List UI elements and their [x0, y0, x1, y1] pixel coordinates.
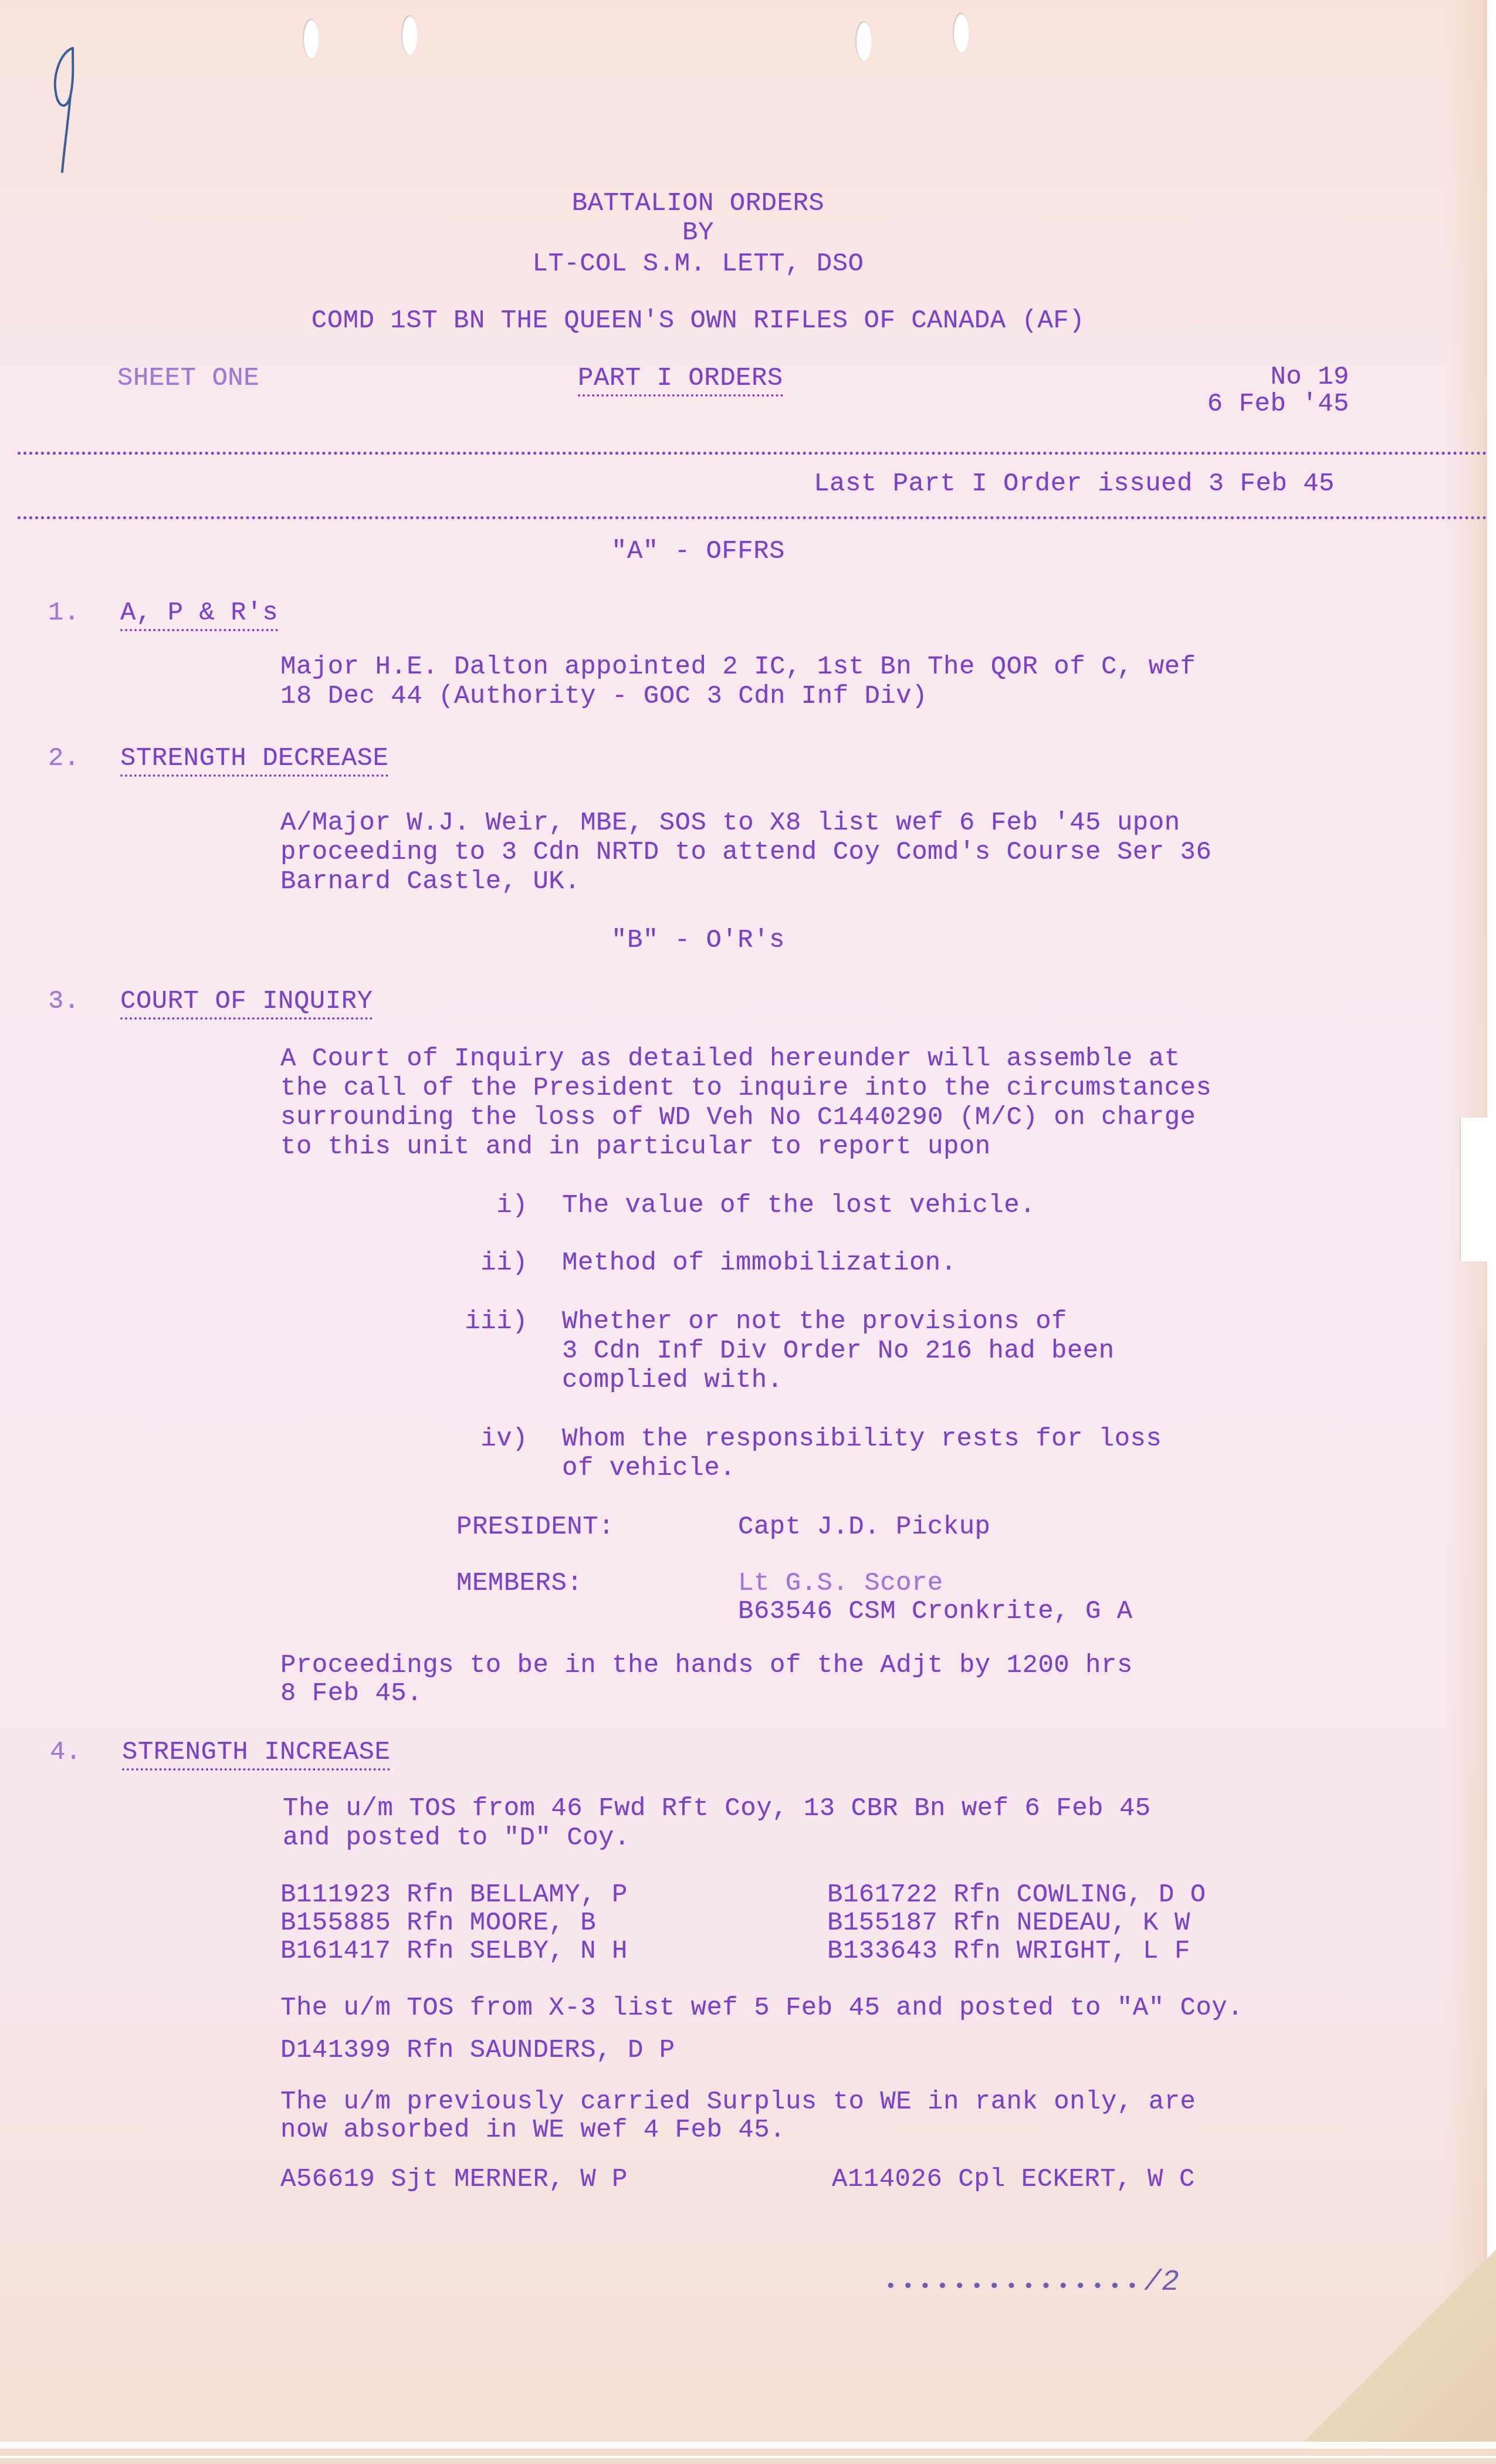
unit-line: COMD 1ST BN THE QUEEN'S OWN RIFLES OF CA… — [0, 306, 1396, 336]
item-heading: STRENGTH INCREASE — [122, 1738, 390, 1767]
item-body-line: The u/m TOS from 46 Fwd Rft Coy, 13 CBR … — [283, 1794, 1151, 1823]
item-heading-text: STRENGTH DECREASE — [120, 744, 388, 777]
item-body-line: 18 Dec 44 (Authority - GOC 3 Cdn Inf Div… — [280, 682, 928, 711]
section-b-heading: "B" - O'R's — [0, 926, 1396, 955]
torn-edge-notch — [1460, 1118, 1496, 1261]
soldier-entry: B155187 Rfn NEDEAU, K W — [827, 1908, 1190, 1938]
proceedings-line: 8 Feb 45. — [280, 1679, 422, 1708]
part-title: PART I ORDERS — [578, 364, 783, 393]
soldier-entry: A114026 Cpl ECKERT, W C — [832, 2165, 1195, 2194]
handwritten-nine-mark-icon — [49, 46, 76, 175]
title-by: BY — [0, 218, 1396, 248]
point-text: 3 Cdn Inf Div Order No 216 had been — [562, 1336, 1115, 1366]
point-label: ii) — [411, 1248, 528, 1278]
item-body-line: the call of the President to inquire int… — [280, 1074, 1211, 1103]
punch-hole-icon — [855, 21, 872, 61]
proceedings-line: Proceedings to be in the hands of the Ad… — [280, 1651, 1133, 1680]
order-number: No 19 — [997, 363, 1349, 392]
punch-hole-icon — [953, 13, 969, 53]
item-heading: STRENGTH DECREASE — [120, 744, 388, 773]
soldier-entry: B133643 Rfn WRIGHT, L F — [827, 1937, 1190, 1966]
title-battalion-orders: BATTALION ORDERS — [0, 189, 1396, 218]
item-heading: COURT OF INQUIRY — [120, 987, 373, 1016]
section-a-heading: "A" - OFFRS — [0, 537, 1396, 566]
page-bottom-edge — [0, 2442, 1496, 2464]
punch-hole-icon — [401, 15, 418, 55]
item-heading: A, P & R's — [120, 598, 278, 628]
item-body-line: A/Major W.J. Weir, MBE, SOS to X8 list w… — [280, 808, 1180, 838]
soldier-entry: B155885 Rfn MOORE, B — [280, 1908, 596, 1938]
divider-rule — [18, 452, 1487, 455]
item-heading-text: A, P & R's — [120, 598, 278, 631]
sheet-label: SHEET ONE — [117, 364, 259, 393]
point-label: i) — [411, 1191, 528, 1220]
last-order-note: Last Part I Order issued 3 Feb 45 — [587, 469, 1335, 499]
title-commander: LT-COL S.M. LETT, DSO — [0, 249, 1396, 279]
item-body-line: to this unit and in particular to report… — [280, 1132, 991, 1162]
point-text: complied with. — [562, 1366, 783, 1395]
item-heading-text: STRENGTH INCREASE — [122, 1738, 390, 1771]
point-label: iii) — [411, 1307, 528, 1336]
item-body-line: Barnard Castle, UK. — [280, 867, 580, 896]
item-body-line: The u/m TOS from X-3 list wef 5 Feb 45 a… — [280, 1993, 1243, 2023]
item-body-line: The u/m previously carried Surplus to WE… — [280, 2087, 1196, 2117]
soldier-entry: B161417 Rfn SELBY, N H — [280, 1937, 628, 1966]
president-label: PRESIDENT: — [456, 1512, 614, 1542]
folded-corner — [1302, 2229, 1496, 2464]
item-number: 4. — [50, 1738, 82, 1767]
item-heading-text: COURT OF INQUIRY — [120, 987, 373, 1020]
continuation-page-marker: /2 — [1144, 2266, 1179, 2299]
member-name: Lt G.S. Score — [738, 1569, 943, 1598]
punch-hole-icon — [303, 19, 319, 59]
item-body-line: A Court of Inquiry as detailed hereunder… — [280, 1044, 1180, 1074]
item-body-line: Major H.E. Dalton appointed 2 IC, 1st Bn… — [280, 652, 1196, 682]
leader-dots: ••••••••••••••• — [885, 2276, 1143, 2299]
item-body-line: now absorbed in WE wef 4 Feb 45. — [280, 2116, 786, 2145]
item-body-line: and posted to "D" Coy. — [283, 1823, 630, 1853]
point-text: The value of the lost vehicle. — [562, 1191, 1035, 1220]
item-body-line: proceeding to 3 Cdn NRTD to attend Coy C… — [280, 838, 1211, 867]
member-name: B63546 CSM Cronkrite, G A — [738, 1597, 1133, 1626]
president-name: Capt J.D. Pickup — [738, 1512, 990, 1542]
point-text: Whether or not the provisions of — [562, 1307, 1067, 1336]
item-number: 1. — [48, 598, 80, 628]
item-number: 2. — [48, 744, 80, 773]
divider-rule — [18, 516, 1487, 519]
point-text: Whom the responsibility rests for loss — [562, 1424, 1162, 1454]
item-number: 3. — [48, 987, 80, 1016]
point-text: of vehicle. — [562, 1454, 736, 1483]
part-title-text: PART I ORDERS — [578, 364, 783, 397]
members-label: MEMBERS: — [456, 1569, 583, 1598]
point-label: iv) — [411, 1424, 528, 1454]
soldier-entry: B161722 Rfn COWLING, D O — [827, 1880, 1206, 1910]
order-date: 6 Feb '45 — [997, 390, 1349, 419]
soldier-entry: D141399 Rfn SAUNDERS, D P — [280, 2036, 675, 2065]
point-text: Method of immobilization. — [562, 1248, 957, 1278]
soldier-entry: B111923 Rfn BELLAMY, P — [280, 1880, 628, 1910]
soldier-entry: A56619 Sjt MERNER, W P — [280, 2165, 628, 2194]
item-body-line: surrounding the loss of WD Veh No C14402… — [280, 1103, 1196, 1132]
